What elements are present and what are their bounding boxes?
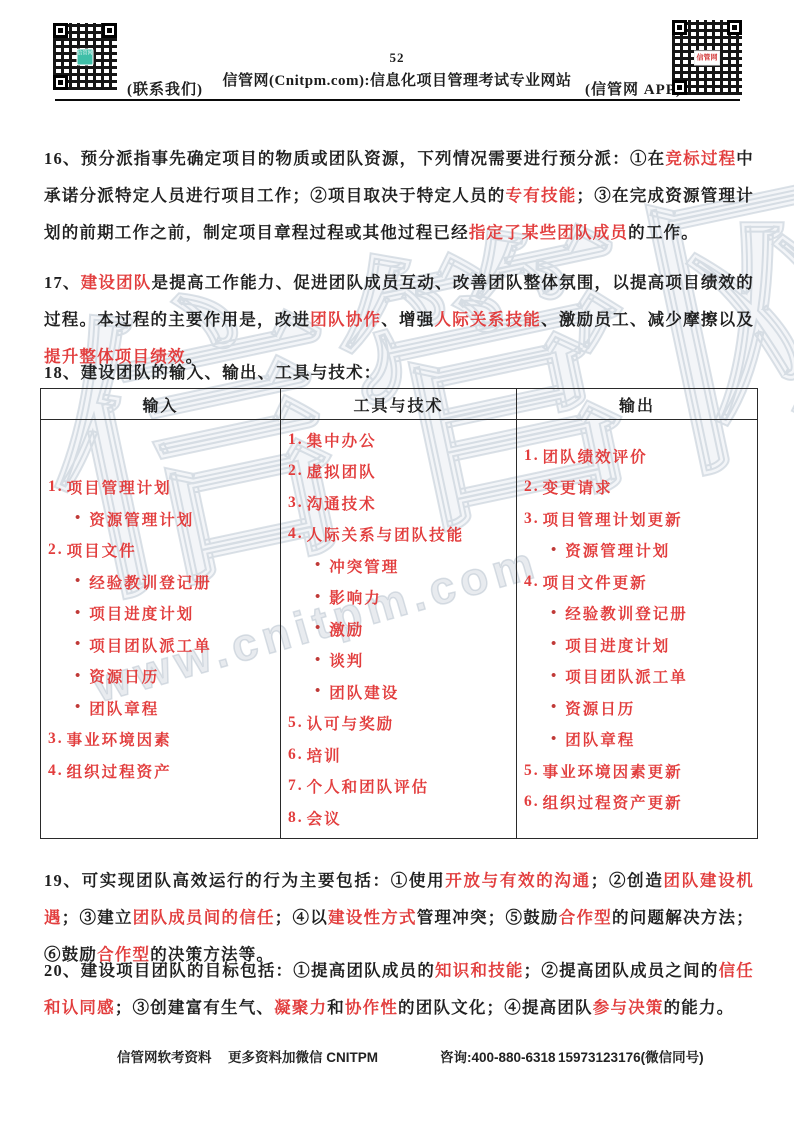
table-list-item: 2.变更请求: [517, 471, 757, 503]
item-text: 个人和团队评估: [307, 775, 430, 797]
qr-finder-icon: [53, 23, 68, 38]
body-text: ；③创建富有生气、: [115, 998, 274, 1017]
item-number: 5.: [524, 762, 540, 780]
qr-finder-icon: [102, 23, 117, 38]
item-number: 1.: [288, 431, 304, 449]
item-text: 资源日历: [89, 665, 159, 687]
bullet-icon: •: [75, 510, 82, 527]
contact-label: (联系我们): [127, 78, 203, 99]
table-list-item: 7.个人和团队评估: [281, 771, 516, 803]
item-text: 项目管理计划更新: [543, 508, 683, 530]
table-header-tools: 工具与技术: [281, 389, 517, 420]
item-text: 项目团队派工单: [89, 634, 212, 656]
table-list-item: •经验教训登记册: [41, 566, 280, 598]
bullet-icon: •: [551, 636, 558, 653]
bullet-icon: •: [315, 589, 322, 606]
body-text: 的工作。: [628, 223, 699, 242]
bullet-icon: •: [315, 620, 322, 637]
item-text: 资源日历: [565, 697, 635, 719]
ittt-table: 输入 工具与技术 输出 1.项目管理计划•资源管理计划2.项目文件•经验教训登记…: [40, 388, 758, 839]
body-text: ；②创造: [591, 871, 664, 890]
header-divider: [55, 99, 740, 101]
table-list-item: 1.项目管理计划: [41, 471, 280, 503]
item-text: 项目文件: [67, 539, 137, 561]
table-list-item: •资源管理计划: [517, 534, 757, 566]
item-number: 4.: [48, 762, 64, 780]
item-number: 4.: [524, 573, 540, 591]
item-text: 团队章程: [565, 728, 635, 750]
item-number: 1.: [524, 447, 540, 465]
qr-finder-icon: [672, 20, 687, 35]
table-list-item: •项目团队派工单: [517, 660, 757, 692]
item-text: 冲突管理: [329, 555, 399, 577]
paragraph-20: 20、建设项目团队的目标包括：①提高团队成员的知识和技能；②提高团队成员之间的信…: [44, 952, 754, 1026]
cnitpm-logo: 信管网: [694, 50, 720, 65]
table-list-item: 2.虚拟团队: [281, 456, 516, 488]
highlighted-text: 建设团队: [81, 273, 152, 292]
body-text: 17、: [44, 273, 81, 292]
item-text: 项目进度计划: [89, 602, 194, 624]
item-text: 资源管理计划: [89, 508, 194, 530]
body-text: 20、建设项目团队的目标包括：①提高团队成员的: [44, 961, 435, 980]
table-list-item: •团队建设: [281, 676, 516, 708]
bullet-icon: •: [551, 731, 558, 748]
table-list-item: 4.项目文件更新: [517, 566, 757, 598]
table-list-item: 4.组织过程资产: [41, 755, 280, 787]
item-text: 沟通技术: [307, 492, 377, 514]
item-text: 项目管理计划: [67, 476, 172, 498]
item-text: 培训: [307, 744, 342, 766]
outputs-cell: 1.团队绩效评价2.变更请求3.项目管理计划更新•资源管理计划4.项目文件更新•…: [517, 420, 758, 839]
body-text: 的能力。: [664, 998, 735, 1017]
item-text: 经验教训登记册: [89, 571, 212, 593]
item-number: 4.: [288, 525, 304, 543]
footer-hotline: 咨询:400-880-6318: [440, 1046, 556, 1066]
table-list-item: 3.沟通技术: [281, 487, 516, 519]
item-number: 6.: [288, 746, 304, 764]
body-text: 、增强: [381, 310, 434, 329]
paragraph-16: 16、预分派指事先确定项目的物质或团队资源，下列情况需要进行预分派：①在竞标过程…: [44, 140, 754, 251]
body-text: 16、预分派指事先确定项目的物质或团队资源，下列情况需要进行预分派：①在: [44, 149, 665, 168]
footer-wechat-note: 更多资料加微信 CNITPM: [228, 1046, 378, 1066]
item-text: 事业环境因素: [67, 728, 172, 750]
table-list-item: 5.事业环境因素更新: [517, 755, 757, 787]
table-list-item: •谈判: [281, 645, 516, 677]
item-text: 经验教训登记册: [565, 602, 688, 624]
table-list-item: •项目进度计划: [517, 629, 757, 661]
document-page: 信管网 (联系我们) 52 信管网(Cnitpm.com):信息化项目管理考试专…: [0, 0, 794, 1123]
table-list-item: 3.项目管理计划更新: [517, 503, 757, 535]
table-header-inputs: 输入: [41, 389, 281, 420]
item-text: 项目进度计划: [565, 634, 670, 656]
highlighted-text: 建设性方式: [328, 908, 417, 927]
highlighted-text: 竞标过程: [665, 149, 736, 168]
body-text: 18、建设团队的输入、输出、工具与技术：: [44, 363, 382, 382]
bullet-icon: •: [75, 573, 82, 590]
item-number: 6.: [524, 793, 540, 811]
highlighted-text: 知识和技能: [435, 961, 524, 980]
highlighted-text: 指定了某些团队成员: [469, 223, 628, 242]
bullet-icon: •: [315, 652, 322, 669]
highlighted-text: 团队协作: [310, 310, 381, 329]
item-text: 谈判: [329, 649, 364, 671]
item-number: 3.: [288, 494, 304, 512]
wechat-logo-icon: 信管网: [77, 48, 94, 65]
inputs-cell: 1.项目管理计划•资源管理计划2.项目文件•经验教训登记册•项目进度计划•项目团…: [41, 420, 281, 839]
item-number: 3.: [524, 510, 540, 528]
body-text: 、激励员工、减少摩擦以及: [541, 310, 754, 329]
paragraph-18-heading: 18、建设团队的输入、输出、工具与技术：: [44, 354, 754, 391]
highlighted-text: 团队成员间的信任: [133, 908, 275, 927]
table-list-item: 6.组织过程资产更新: [517, 786, 757, 818]
bullet-icon: •: [75, 636, 82, 653]
table-body-row: 1.项目管理计划•资源管理计划2.项目文件•经验教训登记册•项目进度计划•项目团…: [41, 420, 758, 839]
highlighted-text: 凝聚力: [274, 998, 327, 1017]
item-text: 认可与奖励: [307, 712, 395, 734]
item-text: 虚拟团队: [307, 460, 377, 482]
item-text: 激励: [329, 618, 364, 640]
item-number: 7.: [288, 777, 304, 795]
table-list-item: •团队章程: [517, 723, 757, 755]
body-text: ；②提高团队成员之间的: [524, 961, 719, 980]
qr-finder-icon: [727, 20, 742, 35]
item-text: 团队建设: [329, 681, 399, 703]
bullet-icon: •: [551, 668, 558, 685]
highlighted-text: 专有技能: [506, 186, 577, 205]
item-text: 会议: [307, 807, 342, 829]
item-text: 事业环境因素更新: [543, 760, 683, 782]
item-text: 资源管理计划: [565, 539, 670, 561]
item-number: 2.: [288, 462, 304, 480]
page-number: 52: [197, 50, 597, 66]
footer-brand-note: 信管网软考资料: [117, 1046, 212, 1066]
table-list-item: •资源日历: [41, 660, 280, 692]
item-text: 团队章程: [89, 697, 159, 719]
table-list-item: •冲突管理: [281, 550, 516, 582]
table-list-item: •资源管理计划: [41, 503, 280, 535]
table-list-item: •项目团队派工单: [41, 629, 280, 661]
highlighted-text: 协作性: [345, 998, 398, 1017]
item-number: 2.: [48, 541, 64, 559]
item-text: 人际关系与团队技能: [307, 523, 465, 545]
item-text: 项目文件更新: [543, 571, 648, 593]
highlighted-text: 人际关系技能: [435, 310, 542, 329]
highlighted-text: 参与决策: [593, 998, 664, 1017]
item-text: 团队绩效评价: [543, 445, 648, 467]
qr-code-contact: 信管网: [53, 23, 117, 90]
table-header-row: 输入 工具与技术 输出: [41, 389, 758, 420]
table-list-item: 8.会议: [281, 802, 516, 834]
table-header-outputs: 输出: [517, 389, 758, 420]
table-list-item: •团队章程: [41, 692, 280, 724]
qr-finder-icon: [53, 75, 68, 90]
highlighted-text: 开放与有效的沟通: [445, 871, 591, 890]
item-number: 3.: [48, 730, 64, 748]
table-list-item: 5.认可与奖励: [281, 708, 516, 740]
table-list-item: 1.集中办公: [281, 424, 516, 456]
item-text: 项目团队派工单: [565, 665, 688, 687]
item-number: 1.: [48, 478, 64, 496]
table-list-item: •项目进度计划: [41, 597, 280, 629]
body-text: 19、可实现团队高效运行的行为主要包括：①使用: [44, 871, 445, 890]
item-text: 集中办公: [307, 429, 377, 451]
body-text: 和: [327, 998, 345, 1017]
footer-phone: 15973123176(微信同号): [558, 1046, 704, 1066]
item-text: 影响力: [329, 586, 382, 608]
item-text: 组织过程资产更新: [543, 791, 683, 813]
qr-code-app: 信管网: [672, 20, 742, 95]
bullet-icon: •: [315, 683, 322, 700]
bullet-icon: •: [551, 542, 558, 559]
bullet-icon: •: [315, 557, 322, 574]
table-list-item: •影响力: [281, 582, 516, 614]
site-title: 信管网(Cnitpm.com):信息化项目管理考试专业网站: [197, 69, 597, 90]
body-text: ；③建立: [62, 908, 133, 927]
table-list-item: •资源日历: [517, 692, 757, 724]
app-label: (信管网 APP): [585, 78, 682, 99]
item-number: 5.: [288, 714, 304, 732]
table-list-item: •激励: [281, 613, 516, 645]
body-text: 的团队文化；④提高团队: [398, 998, 593, 1017]
table-list-item: 3.事业环境因素: [41, 723, 280, 755]
bullet-icon: •: [75, 605, 82, 622]
bullet-icon: •: [75, 699, 82, 716]
bullet-icon: •: [551, 699, 558, 716]
item-text: 变更请求: [543, 476, 613, 498]
header-center: 52 信管网(Cnitpm.com):信息化项目管理考试专业网站: [197, 50, 597, 90]
bullet-icon: •: [551, 605, 558, 622]
table-list-item: 2.项目文件: [41, 534, 280, 566]
item-number: 2.: [524, 478, 540, 496]
item-number: 8.: [288, 809, 304, 827]
table-list-item: 4.人际关系与团队技能: [281, 519, 516, 551]
highlighted-text: 合作型: [559, 908, 612, 927]
body-text: 管理冲突；⑤鼓励: [417, 908, 559, 927]
table-list-item: 1.团队绩效评价: [517, 440, 757, 472]
qr-finder-icon: [672, 80, 687, 95]
table-list-item: •经验教训登记册: [517, 597, 757, 629]
bullet-icon: •: [75, 668, 82, 685]
table-list-item: 6.培训: [281, 739, 516, 771]
item-text: 组织过程资产: [67, 760, 172, 782]
body-text: ；④以: [275, 908, 328, 927]
tools-cell: 1.集中办公2.虚拟团队3.沟通技术4.人际关系与团队技能•冲突管理•影响力•激…: [281, 420, 517, 839]
